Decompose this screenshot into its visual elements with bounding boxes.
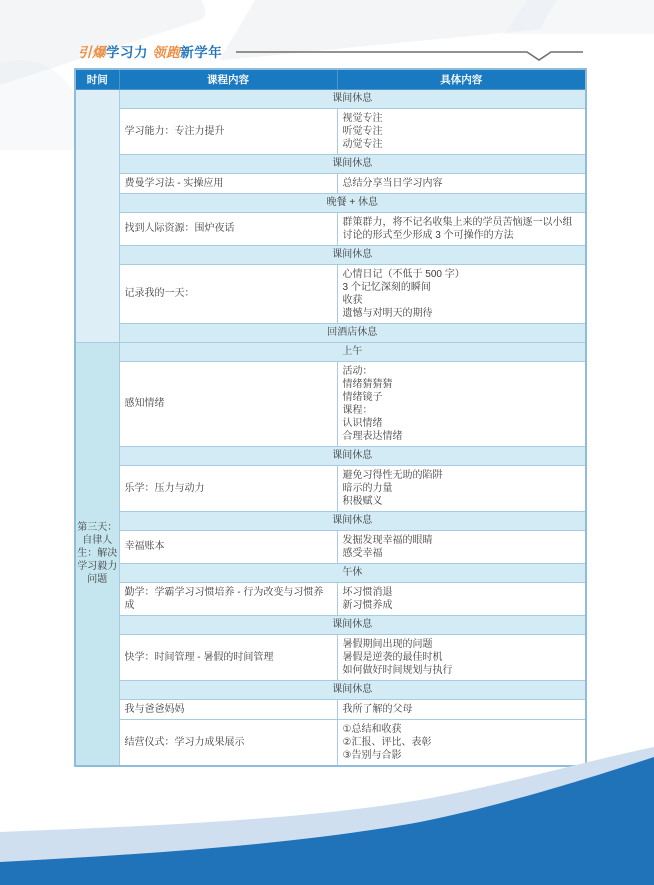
course-row: 费曼学习法 - 实操应用总结分享当日学习内容 [75,173,586,193]
break-label: 午休 [119,563,586,582]
divider-ribbon [236,46,586,62]
title-part-orange: 领跑 [152,45,180,60]
course-title-cell: 学习能力：专注力提升 [119,108,337,154]
break-row: 课间休息 [75,245,586,264]
detail-line: 群策群力，将不记名收集上来的学员苦恼逐一以小组讨论的形式至少形成 3 个可操作的… [343,216,581,242]
break-row: 晚餐 + 休息 [75,193,586,212]
detail-line: 暗示的力量 [343,482,581,495]
detail-line: 课程： [343,404,581,417]
break-row: 回酒店休息 [75,323,586,342]
title-part-blue: 学习力 [106,45,152,60]
course-detail-cell: 避免习得性无助的陷阱暗示的力量积极赋义 [337,465,586,511]
header-course: 课程内容 [119,69,337,89]
break-label: 课间休息 [119,446,586,465]
page-title: 引爆学习力 领跑新学年 [78,41,222,61]
course-detail-cell: 发掘发现幸福的眼睛感受幸福 [337,530,586,563]
detail-line: ③告别与合影 [343,749,581,762]
break-row: 第三天：自律人生：解决学习毅力问题上午 [75,342,586,361]
course-detail-cell: 群策群力，将不记名收集上来的学员苦恼逐一以小组讨论的形式至少形成 3 个可操作的… [337,212,586,245]
detail-line: 暑假期间出现的问题 [343,638,581,651]
detail-line: 视觉专注 [343,112,581,125]
break-row: 课间休息 [75,89,586,108]
detail-line: 总结分享当日学习内容 [343,177,581,190]
break-label: 晚餐 + 休息 [119,193,586,212]
detail-line: 发掘发现幸福的眼睛 [343,534,581,547]
course-row: 学习能力：专注力提升视觉专注听觉专注动觉专注 [75,108,586,154]
course-title-cell: 快学：时间管理 - 暑假的时间管理 [119,634,337,680]
schedule-table-body: 课间休息学习能力：专注力提升视觉专注听觉专注动觉专注课间休息费曼学习法 - 实操… [75,89,586,766]
detail-line: 我所了解的父母 [343,703,581,716]
course-row: 找到人际资源：围炉夜话群策群力，将不记名收集上来的学员苦恼逐一以小组讨论的形式至… [75,212,586,245]
break-label: 回酒店休息 [119,323,586,342]
course-row: 结营仪式：学习力成果展示①总结和收获②汇报、评比、表彰③告别与合影 [75,719,586,766]
header-detail: 具体内容 [337,69,586,89]
course-detail-cell: 暑假期间出现的问题暑假是逆袭的最佳时机如何做好时间规划与执行 [337,634,586,680]
detail-line: 听觉专注 [343,125,581,138]
detail-line: 认识情绪 [343,417,581,430]
course-row: 快学：时间管理 - 暑假的时间管理暑假期间出现的问题暑假是逆袭的最佳时机如何做好… [75,634,586,680]
course-title-cell: 结营仪式：学习力成果展示 [119,719,337,766]
break-label: 课间休息 [119,154,586,173]
course-title-cell: 找到人际资源：围炉夜话 [119,212,337,245]
detail-line: 暑假是逆袭的最佳时机 [343,651,581,664]
course-row: 感知情绪活动：情绪猜猜猜情绪镜子课程：认识情绪合理表达情绪 [75,361,586,446]
course-detail-cell: 总结分享当日学习内容 [337,173,586,193]
break-row: 课间休息 [75,154,586,173]
table-header-row: 时间 课程内容 具体内容 [75,69,586,89]
course-row: 记录我的一天：心情日记（不低于 500 字）3 个记忆深刻的瞬间收获遗憾与对明天… [75,264,586,323]
detail-line: 感受幸福 [343,547,581,560]
course-row: 我与爸爸妈妈我所了解的父母 [75,699,586,719]
detail-line: ②汇报、评比、表彰 [343,736,581,749]
course-title-cell: 幸福账本 [119,530,337,563]
course-detail-cell: ①总结和收获②汇报、评比、表彰③告别与合影 [337,719,586,766]
course-row: 幸福账本发掘发现幸福的眼睛感受幸福 [75,530,586,563]
title-part-orange: 引爆 [78,45,106,60]
course-detail-cell: 坏习惯消退新习惯养成 [337,582,586,615]
detail-line: 动觉专注 [343,138,581,151]
break-row: 课间休息 [75,615,586,634]
detail-line: 收获 [343,294,581,307]
break-row: 课间休息 [75,446,586,465]
decor-shape [0,60,80,150]
detail-line: 合理表达情绪 [343,430,581,443]
break-label: 课间休息 [119,245,586,264]
break-label: 课间休息 [119,511,586,530]
break-row: 课间休息 [75,680,586,699]
break-label: 上午 [119,342,586,361]
course-row: 勤学：学霸学习习惯培养 - 行为改变与习惯养成坏习惯消退新习惯养成 [75,582,586,615]
course-title-cell: 感知情绪 [119,361,337,446]
wave-light-band [0,747,654,885]
course-title-cell: 费曼学习法 - 实操应用 [119,173,337,193]
course-title-cell: 勤学：学霸学习习惯培养 - 行为改变与习惯养成 [119,582,337,615]
detail-line: ①总结和收获 [343,723,581,736]
detail-line: 积极赋义 [343,495,581,508]
schedule-table: 时间 课程内容 具体内容 课间休息学习能力：专注力提升视觉专注听觉专注动觉专注课… [74,68,587,767]
detail-line: 坏习惯消退 [343,586,581,599]
decor-shape [504,0,654,34]
course-detail-cell: 活动：情绪猜猜猜情绪镜子课程：认识情绪合理表达情绪 [337,361,586,446]
course-detail-cell: 视觉专注听觉专注动觉专注 [337,108,586,154]
wave-dark [0,757,654,885]
header-time: 时间 [75,69,119,89]
detail-line: 活动： [343,365,581,378]
break-row: 午休 [75,563,586,582]
break-label: 课间休息 [119,615,586,634]
break-label: 课间休息 [119,680,586,699]
break-label: 课间休息 [119,89,586,108]
title-part-blue: 新学年 [180,45,222,60]
course-row: 乐学：压力与动力避免习得性无助的陷阱暗示的力量积极赋义 [75,465,586,511]
time-cell [75,89,119,342]
detail-line: 心情日记（不低于 500 字） [343,268,581,281]
time-cell: 第三天：自律人生：解决学习毅力问题 [75,342,119,766]
detail-line: 避免习得性无助的陷阱 [343,469,581,482]
course-detail-cell: 我所了解的父母 [337,699,586,719]
detail-line: 如何做好时间规划与执行 [343,664,581,677]
detail-line: 3 个记忆深刻的瞬间 [343,281,581,294]
detail-line: 情绪镜子 [343,391,581,404]
course-title-cell: 乐学：压力与动力 [119,465,337,511]
course-title-cell: 记录我的一天： [119,264,337,323]
detail-line: 遗憾与对明天的期待 [343,307,581,320]
break-row: 课间休息 [75,511,586,530]
detail-line: 情绪猜猜猜 [343,378,581,391]
course-detail-cell: 心情日记（不低于 500 字）3 个记忆深刻的瞬间收获遗憾与对明天的期待 [337,264,586,323]
course-title-cell: 我与爸爸妈妈 [119,699,337,719]
detail-line: 新习惯养成 [343,599,581,612]
